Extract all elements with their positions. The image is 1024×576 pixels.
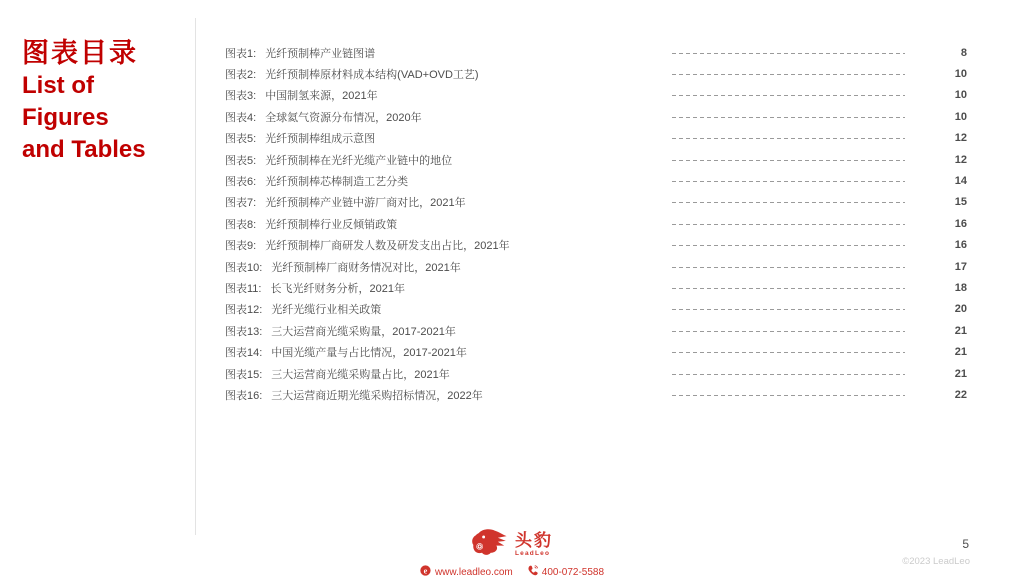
toc-entry-title: 光纤预制棒原材料成本结构(VAD+OVD工艺) [265, 69, 478, 81]
toc-entry-text: 图表4:全球氦气资源分布情况，2020年 [225, 109, 422, 125]
toc-entry-title: 光纤预制棒厂商研发人数及研发支出占比，2021年 [265, 240, 509, 252]
toc-entry-title: 光纤光缆行业相关政策 [271, 304, 381, 316]
toc-entry[interactable]: 图表7:光纤预制棒产业链中游厂商对比，2021年15 [225, 192, 967, 213]
toc-page-ref: 22 [907, 389, 967, 401]
toc-page-ref: 15 [907, 196, 967, 208]
toc-dotted-leader [672, 74, 905, 75]
toc-entry-label: 图表9: [225, 240, 256, 252]
toc-entry-text: 图表8:光纤预制棒行业反倾销政策 [225, 216, 397, 232]
toc-entry[interactable]: 图表5:光纤预制棒在光纤光缆产业链中的地位12 [225, 149, 967, 170]
toc-dotted-leader [672, 117, 905, 118]
toc-entry-title: 长飞光纤财务分析，2021年 [270, 283, 404, 295]
toc-entry-text: 图表7:光纤预制棒产业链中游厂商对比，2021年 [225, 194, 466, 210]
page-title-zh: 图表目录 [22, 36, 190, 70]
toc-entry-label: 图表12: [225, 304, 262, 316]
toc-entry-label: 图表5: [225, 155, 256, 167]
toc-entry-title: 光纤预制棒产业链图谱 [265, 48, 375, 60]
toc-entry-text: 图表11:长飞光纤财务分析，2021年 [225, 280, 405, 296]
phone-text: 400-072-5588 [542, 567, 604, 576]
toc-entry-text: 图表9:光纤预制棒厂商研发人数及研发支出占比，2021年 [225, 237, 510, 253]
page-title-en-line3: and Tables [22, 134, 190, 166]
toc-page-ref: 10 [907, 111, 967, 123]
toc-entry-text: 图表3:中国制氢来源，2021年 [225, 87, 378, 103]
toc-page-ref: 21 [907, 346, 967, 358]
toc-entry-title: 光纤预制棒芯棒制造工艺分类 [265, 176, 408, 188]
toc-dotted-leader [672, 224, 905, 225]
toc-entry[interactable]: 图表13:三大运营商光缆采购量，2017-2021年21 [225, 320, 967, 341]
toc-entry-label: 图表10: [225, 262, 262, 274]
toc-entry-label: 图表1: [225, 48, 256, 60]
toc-entry-label: 图表11: [225, 283, 261, 295]
page-title: 图表目录 List of Figures and Tables [22, 36, 190, 166]
toc-entry-text: 图表13:三大运营商光缆采购量，2017-2021年 [225, 323, 456, 339]
toc-entry-text: 图表16:三大运营商近期光缆采购招标情况，2022年 [225, 387, 483, 403]
toc-page-ref: 10 [907, 89, 967, 101]
toc-dotted-leader [672, 160, 905, 161]
toc-page-ref: 21 [907, 325, 967, 337]
toc-page-ref: 12 [907, 132, 967, 144]
toc-entry-title: 光纤预制棒厂商财务情况对比，2021年 [271, 262, 460, 274]
website-text: www.leadleo.com [435, 567, 513, 576]
toc-dotted-leader [672, 395, 905, 396]
toc-entry-title: 三大运营商光缆采购量，2017-2021年 [271, 326, 456, 338]
toc-entry-label: 图表3: [225, 90, 256, 102]
toc-entry-text: 图表10:光纤预制棒厂商财务情况对比，2021年 [225, 259, 461, 275]
footer-contact: e www.leadleo.com 400-072-5588 [420, 565, 604, 576]
toc-list: 图表1:光纤预制棒产业链图谱8图表2:光纤预制棒原材料成本结构(VAD+OVD工… [225, 42, 967, 406]
toc-entry[interactable]: 图表8:光纤预制棒行业反倾销政策16 [225, 213, 967, 234]
toc-dotted-leader [672, 138, 905, 139]
toc-entry[interactable]: 图表6:光纤预制棒芯棒制造工艺分类14 [225, 170, 967, 191]
toc-entry-title: 光纤预制棒行业反倾销政策 [265, 219, 397, 231]
leadleo-leopard-logo-icon [471, 528, 509, 562]
toc-dotted-leader [672, 202, 905, 203]
toc-page-ref: 10 [907, 68, 967, 80]
brand-name-en: LeadLeo [515, 550, 553, 558]
toc-entry[interactable]: 图表11:长飞光纤财务分析，2021年18 [225, 277, 967, 298]
toc-dotted-leader [672, 352, 905, 353]
toc-entry[interactable]: 图表4:全球氦气资源分布情况，2020年10 [225, 106, 967, 127]
toc-entry-label: 图表7: [225, 197, 256, 209]
toc-entry[interactable]: 图表16:三大运营商近期光缆采购招标情况，2022年22 [225, 384, 967, 405]
toc-dotted-leader [672, 267, 905, 268]
toc-page-ref: 18 [907, 282, 967, 294]
toc-entry-label: 图表4: [225, 112, 256, 124]
toc-entry-title: 三大运营商光缆采购量占比，2021年 [271, 369, 449, 381]
toc-entry-title: 中国制氢来源，2021年 [265, 90, 377, 102]
toc-entry-text: 图表5:光纤预制棒在光纤光缆产业链中的地位 [225, 152, 452, 168]
toc-entry-text: 图表2:光纤预制棒原材料成本结构(VAD+OVD工艺) [225, 66, 479, 82]
toc-entry-label: 图表14: [225, 347, 262, 359]
toc-page-ref: 21 [907, 368, 967, 380]
toc-entry-title: 三大运营商近期光缆采购招标情况，2022年 [271, 390, 482, 402]
toc-entry-label: 图表15: [225, 369, 262, 381]
toc-entry-label: 图表13: [225, 326, 262, 338]
page-title-en-line1: List of [22, 70, 190, 102]
phone-icon [527, 565, 538, 576]
toc-dotted-leader [672, 331, 905, 332]
toc-page-ref: 12 [907, 154, 967, 166]
toc-page-ref: 17 [907, 261, 967, 273]
toc-entry[interactable]: 图表5:光纤预制棒组成示意图12 [225, 128, 967, 149]
toc-entry-label: 图表8: [225, 219, 256, 231]
brand-name-zh: 头豹 [515, 532, 553, 550]
toc-dotted-leader [672, 53, 905, 54]
toc-entry-label: 图表16: [225, 390, 262, 402]
toc-page-ref: 20 [907, 303, 967, 315]
phone-number[interactable]: 400-072-5588 [527, 565, 604, 576]
toc-page-ref: 14 [907, 175, 967, 187]
toc-entry-text: 图表15:三大运营商光缆采购量占比，2021年 [225, 366, 450, 382]
toc-page-ref: 16 [907, 218, 967, 230]
toc-entry-title: 光纤预制棒在光纤光缆产业链中的地位 [265, 155, 452, 167]
toc-entry[interactable]: 图表14:中国光缆产量与占比情况，2017-2021年21 [225, 341, 967, 362]
toc-page-ref: 8 [907, 47, 967, 59]
website-link[interactable]: e www.leadleo.com [420, 565, 513, 576]
globe-e-icon: e [420, 565, 431, 576]
footer-brand-text: 头豹 LeadLeo [515, 532, 553, 558]
page-number: 5 [962, 537, 969, 551]
toc-entry-label: 图表6: [225, 176, 256, 188]
toc-entry[interactable]: 图表3:中国制氢来源，2021年10 [225, 85, 967, 106]
copyright-text: ©2023 LeadLeo [902, 556, 970, 567]
toc-dotted-leader [672, 245, 905, 246]
toc-entry[interactable]: 图表15:三大运营商光缆采购量占比，2021年21 [225, 363, 967, 384]
toc-entry[interactable]: 图表12:光纤光缆行业相关政策20 [225, 299, 967, 320]
svg-text:e: e [424, 566, 428, 575]
toc-entry-label: 图表5: [225, 133, 256, 145]
toc-entry-text: 图表1:光纤预制棒产业链图谱 [225, 45, 375, 61]
toc-entry-title: 中国光缆产量与占比情况，2017-2021年 [271, 347, 467, 359]
toc-dotted-leader [672, 95, 905, 96]
footer-brand: 头豹 LeadLeo [420, 528, 604, 562]
toc-page-ref: 16 [907, 239, 967, 251]
toc-dotted-leader [672, 181, 905, 182]
toc-dotted-leader [672, 309, 905, 310]
toc-entry[interactable]: 图表9:光纤预制棒厂商研发人数及研发支出占比，2021年16 [225, 235, 967, 256]
toc-entry[interactable]: 图表2:光纤预制棒原材料成本结构(VAD+OVD工艺)10 [225, 63, 967, 84]
vertical-divider [195, 18, 196, 535]
toc-dotted-leader [672, 288, 905, 289]
toc-dotted-leader [672, 374, 905, 375]
toc-entry-text: 图表14:中国光缆产量与占比情况，2017-2021年 [225, 344, 467, 360]
toc-entry-title: 光纤预制棒组成示意图 [265, 133, 375, 145]
toc-entry-label: 图表2: [225, 69, 256, 81]
page-title-en-line2: Figures [22, 102, 190, 134]
toc-entry-text: 图表6:光纤预制棒芯棒制造工艺分类 [225, 173, 408, 189]
footer: 头豹 LeadLeo e www.leadleo.com 400-072-558… [420, 528, 604, 576]
toc-entry-text: 图表12:光纤光缆行业相关政策 [225, 301, 381, 317]
toc-entry-text: 图表5:光纤预制棒组成示意图 [225, 130, 375, 146]
toc-entry-title: 光纤预制棒产业链中游厂商对比，2021年 [265, 197, 465, 209]
toc-entry[interactable]: 图表1:光纤预制棒产业链图谱8 [225, 42, 967, 63]
toc-entry-title: 全球氦气资源分布情况，2020年 [265, 112, 421, 124]
toc-entry[interactable]: 图表10:光纤预制棒厂商财务情况对比，2021年17 [225, 256, 967, 277]
